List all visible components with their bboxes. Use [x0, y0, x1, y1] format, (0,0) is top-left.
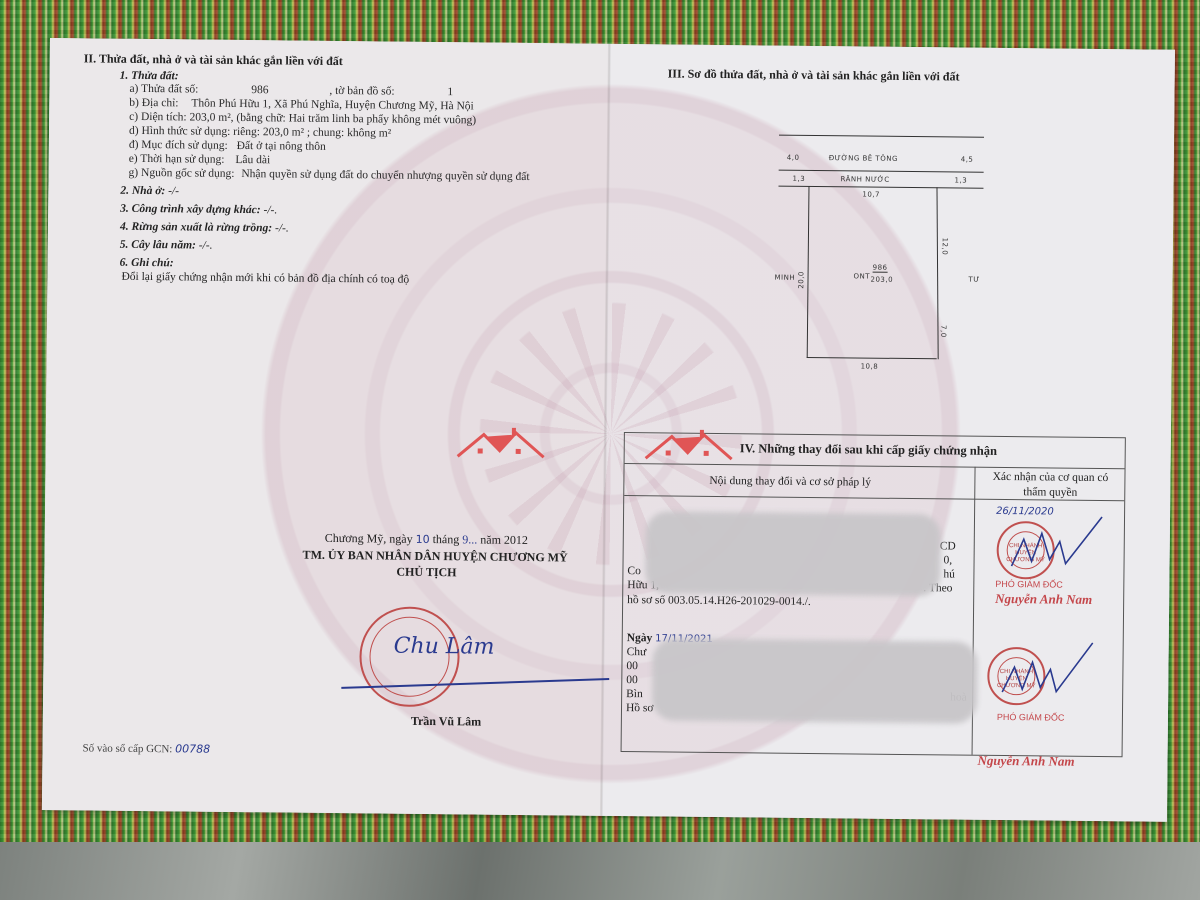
- sign-month: 9...: [462, 532, 477, 546]
- ditch-width-left: 1,3: [793, 175, 806, 183]
- house-logo-icon: [456, 424, 546, 459]
- right-edge-lower-length: 7,0: [939, 325, 947, 338]
- entry2-date-label: Ngày: [627, 632, 653, 644]
- item-note: 6. Ghi chú:: [120, 256, 174, 271]
- item-label: 2. Nhà ở:: [120, 185, 165, 197]
- top-edge-length: 10,7: [862, 191, 880, 199]
- signing-org: TM. ỦY BAN NHÂN DÂN HUYỆN CHƯƠNG MỸ: [303, 548, 568, 565]
- entry2-fragment: 00: [626, 659, 638, 674]
- field-label: đ) Mục đích sử dụng:: [129, 139, 228, 152]
- road-label: ĐƯỜNG BÊ TÔNG: [829, 154, 898, 163]
- entry1-dossier: hồ sơ số 003.05.14.H26-201029-0014./.: [627, 593, 811, 609]
- note-text: Đổi lại giấy chứng nhận mới khi có bản đ…: [121, 270, 409, 288]
- column-header-confirm: Xác nhận của cơ quan có thẩm quyền: [982, 470, 1118, 501]
- ditch-label: RÃNH NƯỚC: [841, 175, 890, 184]
- entry2-official-title: PHÓ GIÁM ĐỐC: [997, 712, 1065, 723]
- entry2-fragment: Hồ sơ: [626, 701, 654, 716]
- place-date-label: Chương Mỹ, ngày: [325, 531, 413, 546]
- land-heading: 1. Thửa đất:: [120, 69, 179, 84]
- parcel-number: 986: [873, 264, 888, 273]
- field-value: 1: [447, 86, 453, 98]
- column-header-content: Nội dung thay đổi và cơ sở pháp lý: [709, 474, 871, 490]
- month-label: tháng: [433, 532, 460, 546]
- left-edge-length: 20,0: [797, 271, 805, 289]
- parcel-area: 203,0: [870, 276, 893, 284]
- section-ii-title: II. Thửa đất, nhà ở và tài sản khác gắn …: [84, 51, 343, 68]
- field-label: a) Thửa đất số:: [129, 83, 198, 96]
- ditch-width-right: 1,3: [955, 176, 968, 184]
- item-value: -/-.: [275, 222, 289, 234]
- bottom-edge-length: 10,8: [861, 363, 879, 371]
- road-width-right: 4,5: [961, 156, 974, 164]
- stone-floor: [0, 842, 1200, 900]
- field-label: b) Địa chỉ:: [129, 97, 178, 110]
- field-label: d) Hình thức sử dụng:: [129, 125, 230, 138]
- right-edge-upper-length: 12,0: [941, 238, 949, 256]
- section-iv-title: IV. Những thay đổi sau khi cấp giấy chứn…: [740, 441, 997, 458]
- chairman-signature: Chu Lâm: [394, 640, 495, 656]
- house-logo-icon: [644, 426, 734, 461]
- road-width-left: 4,0: [787, 154, 800, 162]
- item-label: 3. Công trình xây dựng khác:: [120, 203, 261, 216]
- field-value: 986: [251, 84, 268, 96]
- redacted-entry1: [645, 511, 941, 596]
- field-label: g) Nguồn gốc sử dụng:: [129, 167, 235, 180]
- field-term: e) Thời hạn sử dụng: Lâu dài: [129, 153, 271, 166]
- table-divider: [625, 463, 1125, 469]
- entry1-signature: [1001, 511, 1112, 582]
- item-forest: 4. Rừng sản xuất là rừng trồng: -/-.: [120, 220, 289, 236]
- land-certificate: II. Thửa đất, nhà ở và tài sản khác gắn …: [42, 38, 1175, 822]
- entry2-fragment: Chư: [627, 645, 647, 660]
- sign-year: năm 2012: [480, 533, 528, 547]
- entry2-signature: [992, 637, 1103, 708]
- item-value: -/-.: [199, 240, 213, 252]
- section-iii-title: III. Sơ đồ thửa đất, nhà ở và tài sản kh…: [668, 66, 960, 84]
- redacted-entry2: [652, 638, 978, 723]
- item-value: -/-: [168, 185, 179, 197]
- neighbor-right: TƯ: [968, 276, 979, 284]
- field-value: Lâu dài: [235, 154, 270, 166]
- entry2-fragment: 00: [626, 673, 638, 688]
- item-label: 4. Rừng sản xuất là rừng trồng:: [120, 221, 272, 235]
- item-house: 2. Nhà ở: -/-: [120, 184, 179, 199]
- entry1-fragment: hú: [943, 567, 955, 582]
- signing-place-date: Chương Mỹ, ngày 10 tháng 9... năm 2012: [325, 531, 528, 549]
- register-label: Số vào sổ cấp GCN:: [83, 742, 173, 755]
- field-label: c) Diện tích:: [129, 111, 187, 124]
- field-value: riêng: 203,0 m² ; chung: không m²: [233, 126, 391, 140]
- sign-day: 10: [416, 533, 430, 546]
- signing-role: CHỦ TỊCH: [396, 565, 456, 580]
- entry1-fragment: Co: [627, 564, 641, 579]
- entry1-official-name: Nguyễn Anh Nam: [995, 591, 1092, 608]
- register-number: Số vào sổ cấp GCN: 00788: [82, 741, 210, 757]
- entry1-fragment: CD: [940, 539, 956, 554]
- field-purpose: đ) Mục đích sử dụng: Đất ở tại nông thôn: [129, 139, 326, 153]
- item-perennial: 5. Cây lâu năm: -/-.: [120, 238, 213, 253]
- entry2-fragment: Bìn: [626, 687, 643, 702]
- field-label: e) Thời hạn sử dụng:: [129, 153, 225, 166]
- parcel-code: ONT: [854, 272, 871, 280]
- entry2-official-name: Nguyễn Anh Nam: [977, 753, 1074, 770]
- signer-name: Trần Vũ Lâm: [411, 714, 481, 729]
- field-label: , tờ bản đồ số:: [329, 85, 394, 98]
- changes-table: IV. Những thay đổi sau khi cấp giấy chứn…: [621, 432, 1126, 757]
- item-value: -/-.: [263, 204, 277, 216]
- register-value: 00788: [175, 742, 210, 755]
- item-label: 5. Cây lâu năm:: [120, 239, 196, 252]
- item-other-construction: 3. Công trình xây dựng khác: -/-.: [120, 202, 277, 218]
- entry1-fragment: 0,: [944, 553, 953, 568]
- entry1-official-title: PHÓ GIÁM ĐỐC: [995, 579, 1063, 590]
- field-value: Đất ở tại nông thôn: [237, 140, 326, 153]
- neighbor-left: MINH: [774, 274, 795, 282]
